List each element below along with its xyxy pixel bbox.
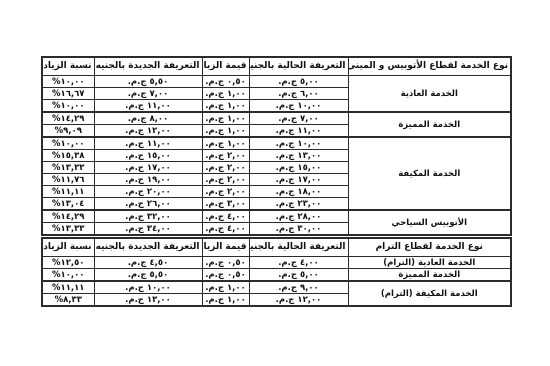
col-header-service-type: نوع الخدمة لقطاع الترام — [348, 238, 511, 257]
pct-cell: ١٤,٢٩% — [42, 112, 94, 125]
increase-cell: ١,٠٠ ج.م. — [202, 88, 249, 100]
col-header-new-fare: التعريفة الجديدة بالجنيه — [94, 57, 202, 76]
fare-row: الأتوبيس السياحي ٢٨,٠٠ ج.م. ٤,٠٠ ج.م. ٣٢… — [42, 210, 511, 223]
service-group-cell: الأتوبيس السياحي — [348, 210, 511, 235]
bus-fare-table: نوع الخدمة لقطاع الأتوبيس و الميني باص ا… — [41, 56, 512, 236]
pct-cell: ١١,٧٦% — [42, 174, 94, 186]
pct-cell: ٩,٠٩% — [42, 125, 94, 138]
pct-cell: ١٠,٠٠% — [42, 76, 94, 88]
pct-cell: ١٣,٣٣% — [42, 223, 94, 236]
fare-row: الخدمة المميزة ٥,٠٠ ج.م. ٠,٥٠ ج.م. ٥,٥٠ … — [42, 269, 511, 282]
fare-row: الخدمة العادية (الترام) ٤,٠٠ ج.م. ٠,٥٠ ج… — [42, 257, 511, 269]
increase-cell: ٢,٠٠ ج.م. — [202, 174, 249, 186]
current-fare-cell: ٦,٠٠ ج.م. — [249, 88, 348, 100]
pct-cell: ١٠,٠٠% — [42, 100, 94, 113]
col-header-new-fare: التعريفة الجديدة بالجنيه — [94, 238, 202, 257]
new-fare-cell: ١٩,٠٠ ج.م. — [94, 174, 202, 186]
new-fare-cell: ٥,٥٠ ج.م. — [94, 269, 202, 282]
tram-table-header: نوع الخدمة لقطاع الترام التعريفة الحالية… — [42, 238, 511, 257]
current-fare-cell: ٣٠,٠٠ ج.م. — [249, 223, 348, 236]
current-fare-cell: ١٠,٠٠ ج.م. — [249, 100, 348, 113]
current-fare-cell: ١٢,٠٠ ج.م. — [249, 294, 348, 307]
new-fare-cell: ١١,٠٠ ج.م. — [94, 137, 202, 150]
new-fare-cell: ٥,٥٠ ج.م. — [94, 76, 202, 88]
increase-cell: ٢,٠٠ ج.م. — [202, 162, 249, 174]
fare-row: الخدمة المكيفة (الترام) ٩,٠٠ ج.م. ١,٠٠ ج… — [42, 281, 511, 294]
pct-cell: ١٠,٠٠% — [42, 269, 94, 282]
service-group-cell: الخدمة العادية (الترام) — [348, 257, 511, 269]
new-fare-cell: ٤,٥٠ ج.م. — [94, 257, 202, 269]
pct-cell: ١١,١١% — [42, 281, 94, 294]
increase-cell: ٤,٠٠ ج.م. — [202, 210, 249, 223]
fare-row: الخدمة المميزة ٧,٠٠ ج.م. ١,٠٠ ج.م. ٨,٠٠ … — [42, 112, 511, 125]
pct-cell: ١٦,٦٧% — [42, 88, 94, 100]
service-group-cell: الخدمة العادية — [348, 76, 511, 113]
col-header-current-fare: التعريفة الحالية بالجنيه — [249, 238, 348, 257]
pct-cell: ١٢,٥٠% — [42, 257, 94, 269]
service-group-cell: الخدمة المميزة — [348, 112, 511, 137]
fare-row: الخدمة المكيفة ١٠,٠٠ ج.م. ١,٠٠ ج.م. ١١,٠… — [42, 137, 511, 150]
current-fare-cell: ٢٣,٠٠ ج.م. — [249, 198, 348, 211]
col-header-increase-value: قيمة الزيادة — [202, 57, 249, 76]
col-header-increase-value: قيمة الزيادة — [202, 238, 249, 257]
tram-fare-table: نوع الخدمة لقطاع الترام التعريفة الحالية… — [41, 237, 512, 307]
col-header-increase-pct: نسبة الزيادة — [42, 57, 94, 76]
pct-cell: ١٤,٢٩% — [42, 210, 94, 223]
header-row: نوع الخدمة لقطاع الأتوبيس و الميني باص ا… — [42, 57, 511, 76]
col-header-increase-pct: نسبة الزيادة — [42, 238, 94, 257]
service-group-cell: الخدمة المكيفة — [348, 137, 511, 210]
new-fare-cell: ٧,٠٠ ج.م. — [94, 88, 202, 100]
new-fare-cell: ٣٢,٠٠ ج.م. — [94, 210, 202, 223]
bus-table-header: نوع الخدمة لقطاع الأتوبيس و الميني باص ا… — [42, 57, 511, 76]
current-fare-cell: ١١,٠٠ ج.م. — [249, 125, 348, 138]
fare-row: الخدمة العادية ٥,٠٠ ج.م. ٠,٥٠ ج.م. ٥,٥٠ … — [42, 76, 511, 88]
current-fare-cell: ١٣,٠٠ ج.م. — [249, 150, 348, 162]
col-header-current-fare: التعريفة الحالية بالجنيه — [249, 57, 348, 76]
new-fare-cell: ٣٤,٠٠ ج.م. — [94, 223, 202, 236]
increase-cell: ١,٠٠ ج.م. — [202, 294, 249, 307]
increase-cell: ٢,٠٠ ج.م. — [202, 186, 249, 198]
pct-cell: ١٠,٠٠% — [42, 137, 94, 150]
increase-cell: ١,٠٠ ج.م. — [202, 112, 249, 125]
increase-cell: ١,٠٠ ج.م. — [202, 281, 249, 294]
current-fare-cell: ٩,٠٠ ج.م. — [249, 281, 348, 294]
current-fare-cell: ٥,٠٠ ج.م. — [249, 269, 348, 282]
new-fare-cell: ١٢,٠٠ ج.م. — [94, 125, 202, 138]
current-fare-cell: ١٨,٠٠ ج.م. — [249, 186, 348, 198]
col-header-service-type: نوع الخدمة لقطاع الأتوبيس و الميني باص — [348, 57, 511, 76]
header-row: نوع الخدمة لقطاع الترام التعريفة الحالية… — [42, 238, 511, 257]
increase-cell: ٤,٠٠ ج.م. — [202, 223, 249, 236]
current-fare-cell: ٤,٠٠ ج.م. — [249, 257, 348, 269]
service-group-cell: الخدمة المكيفة (الترام) — [348, 281, 511, 306]
increase-cell: ٣,٠٠ ج.م. — [202, 198, 249, 211]
new-fare-cell: ٨,٠٠ ج.م. — [94, 112, 202, 125]
increase-cell: ٠,٥٠ ج.م. — [202, 76, 249, 88]
increase-cell: ٢,٠٠ ج.م. — [202, 150, 249, 162]
increase-cell: ١,٠٠ ج.م. — [202, 137, 249, 150]
new-fare-cell: ١٧,٠٠ ج.م. — [94, 162, 202, 174]
current-fare-cell: ١٠,٠٠ ج.م. — [249, 137, 348, 150]
new-fare-cell: ٢٦,٠٠ ج.م. — [94, 198, 202, 211]
new-fare-cell: ٢٠,٠٠ ج.م. — [94, 186, 202, 198]
pct-cell: ١٣,٠٤% — [42, 198, 94, 211]
current-fare-cell: ١٧,٠٠ ج.م. — [249, 174, 348, 186]
current-fare-cell: ١٥,٠٠ ج.م. — [249, 162, 348, 174]
new-fare-cell: ١٣,٠٠ ج.م. — [94, 294, 202, 307]
current-fare-cell: ٢٨,٠٠ ج.م. — [249, 210, 348, 223]
new-fare-cell: ١٠,٠٠ ج.م. — [94, 281, 202, 294]
increase-cell: ٠,٥٠ ج.م. — [202, 269, 249, 282]
pct-cell: ١٣,٣٣% — [42, 162, 94, 174]
increase-cell: ١,٠٠ ج.م. — [202, 100, 249, 113]
scanned-document-page: نوع الخدمة لقطاع الأتوبيس و الميني باص ا… — [0, 0, 550, 366]
new-fare-cell: ١١,٠٠ ج.م. — [94, 100, 202, 113]
pct-cell: ١٥,٣٨% — [42, 150, 94, 162]
current-fare-cell: ٧,٠٠ ج.م. — [249, 112, 348, 125]
pct-cell: ٨,٣٣% — [42, 294, 94, 307]
increase-cell: ٠,٥٠ ج.م. — [202, 257, 249, 269]
current-fare-cell: ٥,٠٠ ج.م. — [249, 76, 348, 88]
new-fare-cell: ١٥,٠٠ ج.م. — [94, 150, 202, 162]
service-group-cell: الخدمة المميزة — [348, 269, 511, 282]
pct-cell: ١١,١١% — [42, 186, 94, 198]
increase-cell: ١,٠٠ ج.م. — [202, 125, 249, 138]
